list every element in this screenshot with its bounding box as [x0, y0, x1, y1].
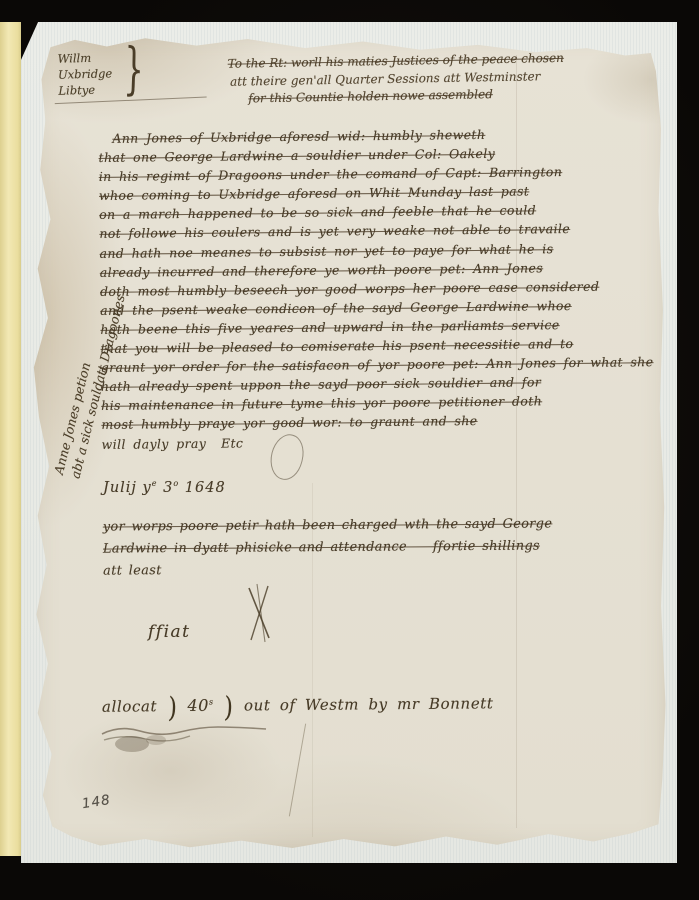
allocation-amount: 40s	[187, 696, 213, 715]
cross-mark	[242, 582, 276, 648]
date-year: 1648	[185, 480, 226, 496]
endorsement-line: att least	[103, 557, 553, 582]
date-day: 3o	[163, 480, 179, 496]
allocation-word: allocat	[102, 697, 157, 715]
folio-number: 148	[81, 792, 112, 812]
endorsement-line: Lardwine in dyatt phisicke and attendanc…	[103, 535, 553, 560]
archival-photograph: Willm Uxbridge Libtye } To the Rt: worll…	[0, 0, 699, 900]
pen-brace-flourish: }	[123, 41, 144, 99]
manuscript-page: Willm Uxbridge Libtye } To the Rt: worll…	[30, 30, 670, 853]
petition-body: Ann Jones of Uxbridge aforesd wid: humbl…	[98, 123, 661, 453]
corner-archive-note: Willm Uxbridge Libtye	[57, 49, 112, 98]
corner-note-line: Uxbridge	[58, 65, 113, 82]
corner-note-line: Willm	[57, 49, 112, 66]
corner-note-line: Libtye	[58, 81, 113, 98]
date-month: Julij	[103, 480, 137, 496]
binding-guard-strip	[0, 22, 21, 856]
allocation-source: out of Westm by mr Bonnett	[244, 694, 494, 714]
endorsement-line: yor worps poore petir hath been charged …	[103, 513, 553, 538]
fiat-note: ffiat	[148, 622, 191, 642]
petition-heading: To the Rt: worll his maties Justices of …	[228, 48, 659, 108]
date-line: Julij ye 3o 1648	[103, 479, 226, 496]
clerk-endorsement: yor worps poore petir hath been charged …	[103, 513, 553, 582]
deleted-scribble	[98, 716, 288, 760]
date-ye: ye	[143, 480, 158, 496]
